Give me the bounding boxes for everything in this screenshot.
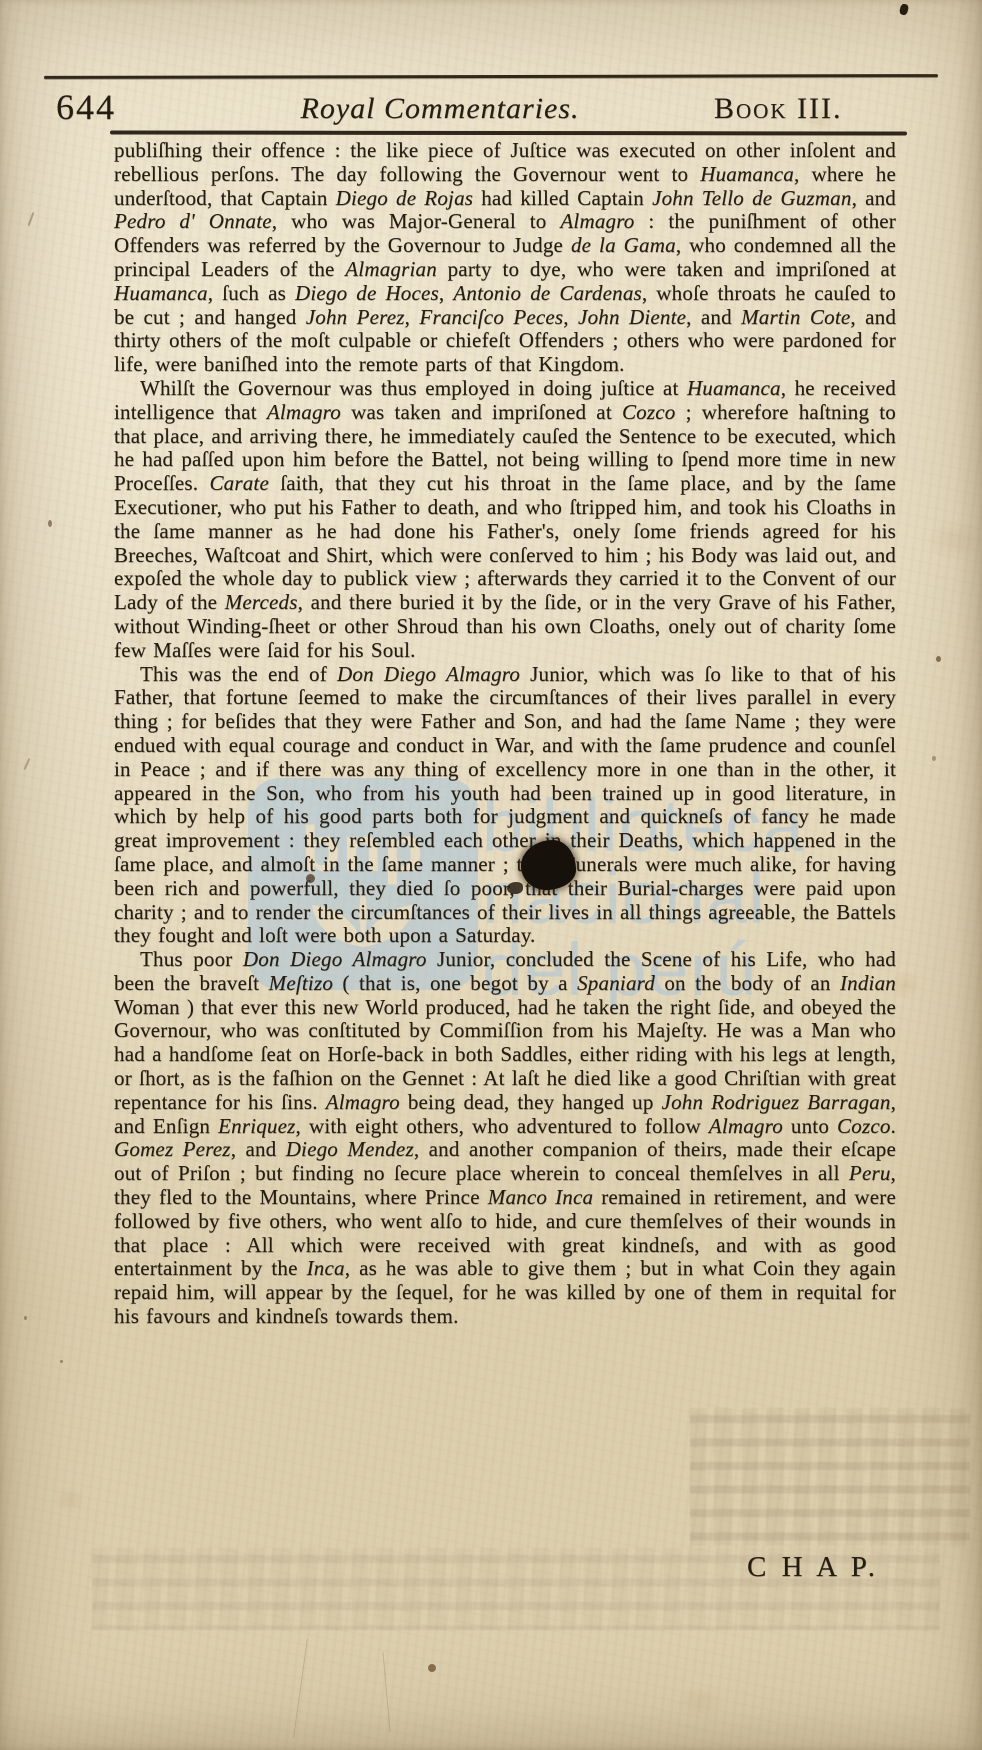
italic-run: Cozco (837, 1114, 891, 1138)
text-run: , (405, 305, 420, 329)
ink-speck (936, 656, 941, 662)
paragraph: Thus poor Don Diego Almagro Junior, conc… (114, 948, 896, 1329)
italic-run: de la Gama (571, 233, 676, 257)
italic-run: Diego de Hoces (295, 281, 439, 305)
text-run: , and (686, 305, 741, 329)
italic-run: Enriquez (218, 1114, 295, 1138)
text-run: , and (231, 1137, 286, 1161)
ink-blot-tail (507, 882, 523, 894)
ink-speck (60, 1360, 63, 1363)
paragraph: This was the end of Don Diego Almagro Ju… (114, 663, 896, 949)
text-run: was taken and impriſoned at (341, 400, 622, 424)
paragraph: Whilſt the Governour was thus employed i… (114, 377, 896, 663)
italic-run: Huamanca (114, 281, 208, 305)
catchword: C H A P. (747, 1551, 879, 1584)
running-title: Royal Commentaries. (301, 92, 580, 126)
italic-run: Don Diego Almagro (243, 947, 427, 971)
ink-speck (24, 1316, 27, 1320)
italic-run: Pedro d' Onnate (114, 209, 272, 233)
italic-run: John Rodriguez Barragan (662, 1090, 891, 1114)
paragraph: publiſhing their offence : the like piec… (114, 139, 896, 377)
paper-scratch (293, 1638, 308, 1737)
text-run: , and (852, 186, 896, 210)
italic-run: Huamanca (700, 162, 794, 186)
italic-run: Diego Mendez (286, 1137, 414, 1161)
italic-run: Cozco (622, 400, 676, 424)
text-run: , with eight others, who adventured to f… (296, 1114, 709, 1138)
italic-run: Gomez Perez (114, 1137, 231, 1161)
text-run: being dead, they hanged up (400, 1090, 662, 1114)
italic-run: Manco Inca (488, 1185, 593, 1209)
text-run: . (891, 1114, 896, 1138)
italic-run: Huamanca (687, 376, 781, 400)
header-rule-bottom (110, 130, 907, 135)
italic-run: Franciſco Peces (419, 305, 563, 329)
italic-run: John Diente (578, 305, 686, 329)
italic-run: John Perez (306, 305, 405, 329)
ink-speck (24, 758, 31, 770)
italic-run: Carate (209, 471, 269, 495)
bleedthrough-text (690, 1408, 970, 1546)
italic-run: Meſtizo (269, 971, 333, 995)
text-run: Thus poor (140, 947, 243, 971)
text-run: ( that is, one begot by a (333, 971, 577, 995)
ink-speck (428, 1664, 436, 1672)
italic-run: Antonio de Cardenas (453, 281, 642, 305)
italic-run: Almagro (267, 400, 341, 424)
ink-blot (521, 840, 576, 890)
text-run: This was the end of (140, 662, 337, 686)
italic-run: Almagro (560, 209, 634, 233)
text-run: unto (783, 1114, 837, 1138)
text-run: , (439, 281, 453, 305)
text-run: Junior, which was ſo like to that of his… (114, 662, 896, 948)
italic-run: Indian (840, 971, 896, 995)
book-label: Book III. (714, 92, 842, 126)
page-number: 644 (56, 86, 116, 128)
italic-run: Peru (849, 1161, 891, 1185)
header-rule-top (44, 74, 938, 79)
italic-run: Don Diego Almagro (337, 662, 520, 686)
page-scan: bnp biblioteca nacional del perú 644 Roy… (0, 0, 982, 1750)
text-run: Whilſt the Governour was thus employed i… (140, 376, 687, 400)
text-run: , (563, 305, 578, 329)
text-block: publiſhing their offence : the like piec… (114, 139, 896, 1329)
ink-speck (28, 212, 35, 226)
italic-run: Spaniard (577, 971, 655, 995)
italic-run: Almagro (709, 1114, 783, 1138)
paper-scratch (383, 1652, 391, 1732)
ink-speck (932, 756, 936, 761)
text-run: on the body of an (655, 971, 840, 995)
text-run: , who was Major-General to (272, 209, 561, 233)
italic-run: Martin Cote (741, 305, 850, 329)
italic-run: Almagrian (345, 257, 437, 281)
italic-run: Diego de Rojas (336, 186, 474, 210)
text-run: had killed Captain (473, 186, 652, 210)
italic-run: Merceds (225, 590, 298, 614)
ink-speck (48, 520, 52, 527)
ink-speck (306, 874, 315, 883)
italic-run: John Tello de Guzman (652, 186, 851, 210)
text-run: , ſuch as (208, 281, 295, 305)
ink-speck (899, 3, 910, 16)
text-run: party to dye, who were taken and impriſo… (437, 257, 896, 281)
italic-run: Inca (307, 1256, 345, 1280)
italic-run: Almagro (326, 1090, 400, 1114)
